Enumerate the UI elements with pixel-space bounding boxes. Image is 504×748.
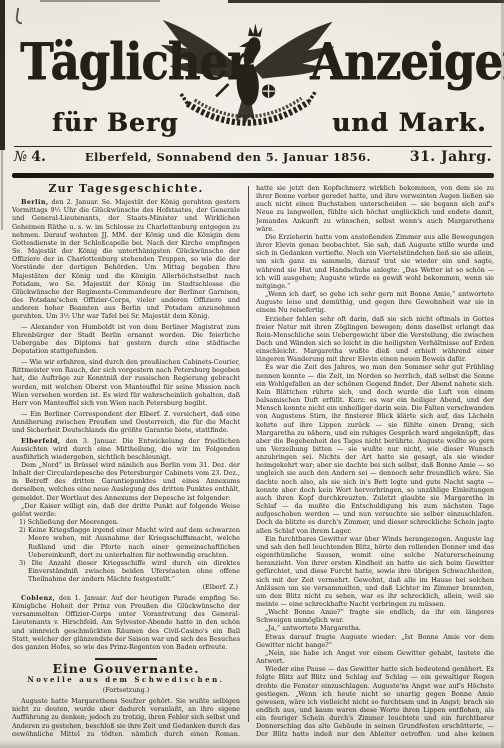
header-rule-thick bbox=[12, 173, 494, 178]
novella-subtitle: Novelle aus dem Schwedischen. bbox=[12, 676, 240, 684]
article-berlin: Berlin, den 2. Januar. Se. Majestät der … bbox=[12, 198, 240, 320]
treaty-point-2: 2) Keine Kriegsflagge irgend einer Macht… bbox=[28, 526, 240, 559]
article-correspondent: — Ein Berliner Correspondent der Elberf.… bbox=[12, 410, 240, 434]
novella-paragraph: Erzieher fehlen sehr oft darin, daß sie … bbox=[256, 315, 494, 364]
page-columns: Zur Tagesgeschichte. Berlin, den 2. Janu… bbox=[12, 184, 494, 736]
date-row: №4. Elberfeld, Sonnabend den 5. Januar 1… bbox=[14, 149, 492, 171]
novella-paragraph: Etwas darauf fragte Auguste wieder: „Ist… bbox=[256, 633, 494, 649]
section-title-tagesgeschichte: Zur Tagesgeschichte. bbox=[12, 185, 240, 193]
masthead-subtitle-right: und Mark. bbox=[332, 108, 487, 137]
issue-number: №4. bbox=[14, 149, 46, 165]
column-right: hatte sie jetzt den Kopfschmerz wirklich… bbox=[256, 184, 494, 736]
novella-paragraph: Die Erzieherin hatte vom anstoßenden Zim… bbox=[256, 233, 494, 290]
scan-edge-top bbox=[228, 0, 504, 3]
source-attribution: (Elberf. Z.) bbox=[12, 583, 240, 591]
novella-paragraph: „Wacht Bonne Amie?“ fragte sie endlich, … bbox=[256, 608, 494, 624]
numero-sign: № bbox=[14, 149, 27, 165]
treaty-point-1: 1) Schließung der Meerengen. bbox=[28, 518, 240, 526]
column-left: Zur Tagesgeschichte. Berlin, den 2. Janu… bbox=[12, 184, 240, 736]
article-lead-berlin: Berlin, bbox=[21, 198, 49, 206]
novella-paragraph: Ein furchtbares Gewitter war über Winds … bbox=[256, 535, 494, 608]
novella-paragraph: „Nein, nie habe ich Angst vor einem Gewi… bbox=[256, 649, 494, 665]
article-lead-coblenz: Coblenz, bbox=[21, 594, 55, 602]
novella-paragraph: hatte sie jetzt den Kopfschmerz wirklich… bbox=[256, 184, 494, 233]
novella-paragraph: Wieder eine Pause — das Gewitter hatte s… bbox=[256, 665, 494, 736]
column-divider-rule bbox=[248, 186, 249, 722]
novella-continuation-note: (Fortsetzung.) bbox=[12, 686, 240, 694]
issue-number-value: 4. bbox=[31, 149, 46, 165]
article-coblenz-text: den 1. Januar. Auf der heutigen Parade e… bbox=[12, 594, 240, 651]
novella-divider-rule bbox=[95, 658, 157, 660]
dateline: Elberfeld, Sonnabend den 5. Januar 1856. bbox=[85, 150, 371, 164]
article-cabinets-courier: — Wie wir erfahren, sind durch den preuß… bbox=[12, 358, 240, 407]
scan-edge-bottom bbox=[0, 740, 504, 748]
article-berlin-text: den 2. Januar. Se. Majestät der König ge… bbox=[12, 198, 240, 320]
novella-paragraph: Auguste hatte Margarethens Seufzer gehör… bbox=[12, 697, 240, 736]
article-elberfeld: Elberfeld, den 3. Januar. Die Entwickelu… bbox=[12, 437, 240, 461]
novella-paragraph: „Ja,“ antwortete Margaretha. bbox=[256, 624, 494, 632]
volume-label: 31. Jahrg. bbox=[410, 149, 492, 165]
header-rule-thin bbox=[14, 146, 492, 147]
scan-edge-top-faint bbox=[40, 0, 160, 2]
masthead: Täglicher Anzeiger für Berg und Mark. bbox=[0, 8, 504, 144]
article-coblenz: Coblenz, den 1. Januar. Auf der heutigen… bbox=[12, 594, 240, 651]
article-kaiser-quote: „Der Kaiser willigt ein, daß der dritte … bbox=[12, 502, 240, 518]
article-humboldt: — Alexander von Humboldt ist von dem Ber… bbox=[12, 323, 240, 356]
scan-edge-left-faint bbox=[1, 150, 3, 230]
novella-title: Eine Gouvernante. bbox=[12, 665, 240, 673]
novella-paragraph: „Wenn ich darf, so gehe ich sehr gern mi… bbox=[256, 290, 494, 314]
novella-paragraph: Es war die Zeit des Jahres, wo man den S… bbox=[256, 363, 494, 534]
treaty-point-3: 3) Die Anzahl dieser Kriegsschiffe wird … bbox=[28, 559, 240, 583]
article-lead-elberfeld: Elberfeld, bbox=[21, 437, 60, 445]
prussian-eagle-emblem-icon bbox=[150, 10, 346, 142]
article-nord-bruessel: Dem „Nord“ in Brüssel wird nämlich aus B… bbox=[12, 461, 240, 502]
